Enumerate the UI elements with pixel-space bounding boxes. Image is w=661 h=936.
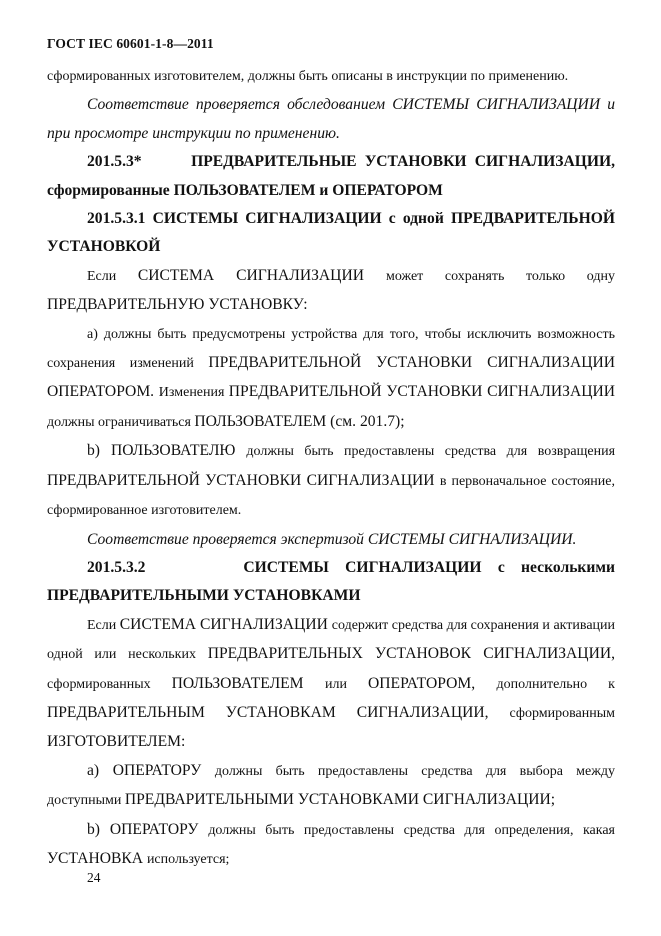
- text-run: должны быть предоставлены средства для о…: [208, 823, 615, 838]
- text-run: ОПЕРАТОРОМ,: [368, 675, 497, 692]
- text-run: УСТАНОВКА: [47, 850, 147, 867]
- text-run: сформированных: [47, 677, 172, 692]
- text-run: должны ограничиваться: [47, 415, 194, 430]
- section-number: 201.5.3.2: [87, 559, 145, 576]
- text-run: СИСТЕМА СИГНАЛИЗАЦИИ: [120, 616, 332, 633]
- section-heading-201-5-3: 201.5.3* ПРЕДВАРИТЕЛЬНЫЕ УСТАНОВКИ СИГНА…: [47, 148, 615, 205]
- text-run: ПРЕДВАРИТЕЛЬНОЙ УСТАНОВКИ СИГНАЛИЗАЦИИ: [47, 472, 440, 489]
- text-run: ПРЕДВАРИТЕЛЬНУЮ УСТАНОВКУ:: [47, 296, 308, 313]
- text-run: сформированным: [510, 706, 616, 721]
- text-run: сформированных изготовителем, должны быт…: [47, 69, 568, 84]
- paragraph-multiple-presets-intro: Если СИСТЕМА СИГНАЛИЗАЦИИ содержит средс…: [47, 611, 615, 757]
- text-run: ПРЕДВАРИТЕЛЬНЫМ УСТАНОВКАМ СИГНАЛИЗАЦИИ,: [47, 704, 510, 721]
- list-item-b-multiple: b) ОПЕРАТОРУ должны быть предоставлены с…: [47, 816, 615, 875]
- text-run: ПРЕДВАРИТЕЛЬНЫМИ УСТАНОВКАМИ СИГНАЛИЗАЦИ…: [125, 791, 555, 808]
- text-run: СИСТЕМА СИГНАЛИЗАЦИИ: [138, 267, 386, 284]
- text-run: b): [87, 821, 110, 838]
- text-run: ОПЕРАТОРУ: [110, 821, 208, 838]
- text-run: ОПЕРАТОРУ: [113, 762, 215, 779]
- section-heading-201-5-3-1: 201.5.3.1 СИСТЕМЫ СИГНАЛИЗАЦИИ с одной П…: [47, 205, 615, 262]
- section-heading-201-5-3-2: 201.5.3.2 СИСТЕМЫ СИГНАЛИЗАЦИИ с несколь…: [47, 554, 615, 611]
- page-number: 24: [87, 870, 101, 886]
- text-run: может сохранять только одну: [386, 269, 615, 284]
- text-run: или: [325, 677, 368, 692]
- text-run: Если: [87, 618, 120, 633]
- text-run: должны быть предоставлены средства для в…: [246, 444, 615, 459]
- text-run: ИЗГОТОВИТЕЛЕМ:: [47, 733, 185, 750]
- paragraph-single-preset-intro: Если СИСТЕМА СИГНАЛИЗАЦИИ может сохранят…: [47, 262, 615, 320]
- text-run: дополнительно к: [497, 677, 615, 692]
- text-run: ПРЕДВАРИТЕЛЬНЫХ УСТАНОВОК СИГНАЛИЗАЦИИ,: [208, 645, 615, 662]
- section-number: 201.5.3*: [87, 153, 142, 170]
- text-run: Изменения: [159, 385, 229, 400]
- list-item-a-single: a) должны быть предусмотрены устройства …: [47, 320, 615, 438]
- text-run: ПРЕДВАРИТЕЛЬНОЙ УСТАНОВКИ СИГНАЛИЗАЦИИ: [229, 383, 615, 400]
- text-run: ПОЛЬЗОВАТЕЛЕМ (см. 201.7);: [194, 413, 404, 430]
- compliance-note: Соответствие проверяется экспертизой СИС…: [47, 526, 615, 554]
- list-item-a-multiple: a) ОПЕРАТОРУ должны быть предоставлены с…: [47, 757, 615, 816]
- text-run: b): [87, 442, 111, 459]
- section-number: 201.5.3.1: [87, 210, 145, 227]
- text-run: a): [87, 762, 113, 779]
- compliance-note: Соответствие проверяется обследованием С…: [47, 91, 615, 148]
- paragraph-continuation: сформированных изготовителем, должны быт…: [47, 62, 615, 91]
- document-header: ГОСТ IEC 60601-1-8—2011: [47, 36, 214, 52]
- text-run: ПОЛЬЗОВАТЕЛЮ: [111, 442, 246, 459]
- document-body: сформированных изготовителем, должны быт…: [47, 62, 615, 874]
- document-page: ГОСТ IEC 60601-1-8—2011 сформированных и…: [0, 0, 661, 936]
- text-run: ПОЛЬЗОВАТЕЛЕМ: [172, 675, 325, 692]
- text-run: Если: [87, 269, 138, 284]
- list-item-b-single: b) ПОЛЬЗОВАТЕЛЮ должны быть предоставлен…: [47, 437, 615, 525]
- text-run: используется;: [147, 852, 229, 867]
